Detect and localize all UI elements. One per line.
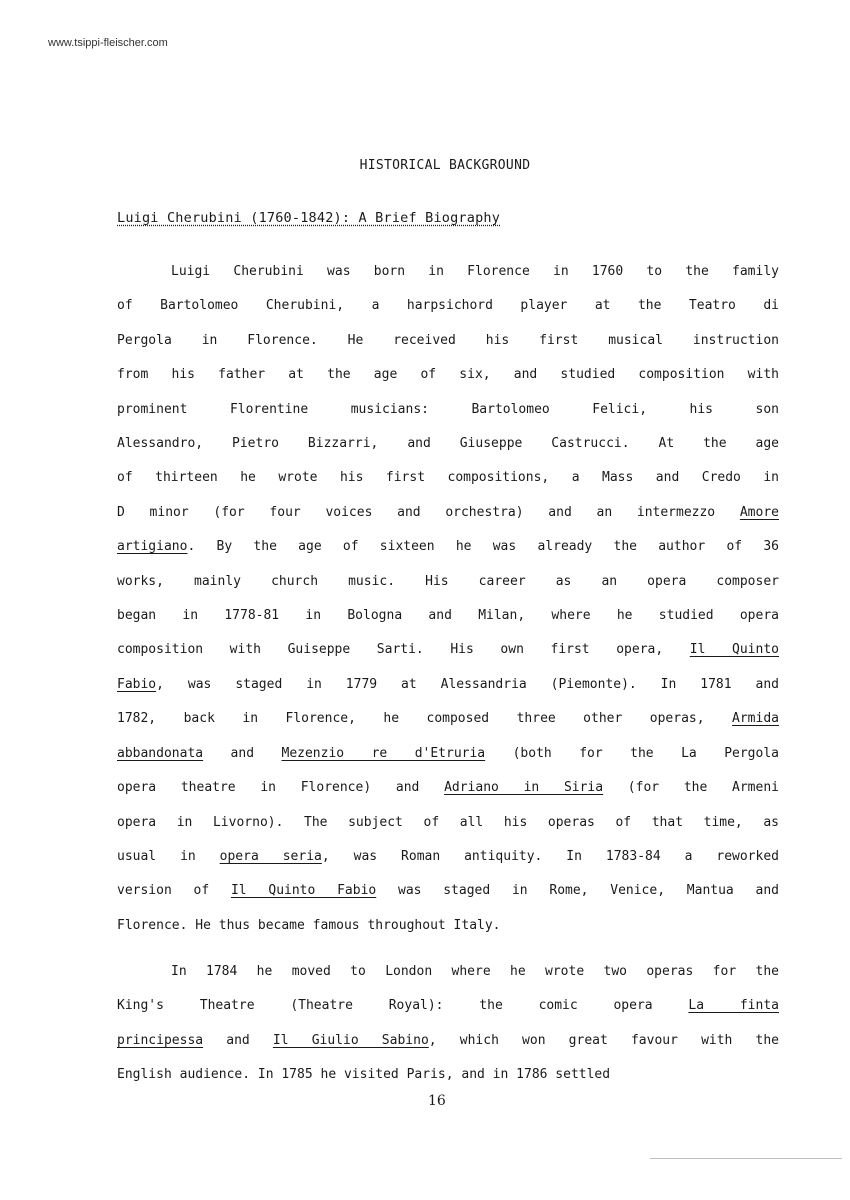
text-segment: (both for the La Pergola xyxy=(485,746,779,761)
underlined-title: principessa xyxy=(117,1033,203,1048)
text-line: English audience. In 1785 he visited Par… xyxy=(117,1058,779,1092)
text-segment: In 1784 he moved to London where he wrot… xyxy=(171,964,779,979)
text-line: usual in opera seria, was Roman antiquit… xyxy=(117,840,779,874)
text-line: D minor (for four voices and orchestra) … xyxy=(117,496,779,530)
text-line: King's Theatre (Theatre Royal): the comi… xyxy=(117,989,779,1023)
text-segment: 1782, back in Florence, he composed thre… xyxy=(117,711,732,726)
text-segment: Pergola in Florence. He received his fir… xyxy=(117,333,779,348)
text-line: Fabio, was staged in 1779 at Alessandria… xyxy=(117,668,779,702)
footer-rule xyxy=(650,1158,842,1159)
paragraph-early-life: Luigi Cherubini was born in Florence in … xyxy=(117,255,779,943)
text-segment: began in 1778-81 in Bologna and Milan, w… xyxy=(117,608,779,623)
text-segment: English audience. In 1785 he visited Par… xyxy=(117,1067,610,1082)
text-line: principessa and Il Giulio Sabino, which … xyxy=(117,1024,779,1058)
text-line: version of Il Quinto Fabio was staged in… xyxy=(117,874,779,908)
text-line: Luigi Cherubini was born in Florence in … xyxy=(117,255,779,289)
text-segment: , which won great favour with the xyxy=(429,1033,779,1048)
text-segment: Alessandro, Pietro Bizzarri, and Giusepp… xyxy=(117,436,779,451)
text-line: abbandonata and Mezenzio re d'Etruria (b… xyxy=(117,737,779,771)
text-line: began in 1778-81 in Bologna and Milan, w… xyxy=(117,599,779,633)
underlined-title: Il Quinto xyxy=(690,642,779,657)
text-line: artigiano. By the age of sixteen he was … xyxy=(117,530,779,564)
text-segment: from his father at the age of six, and s… xyxy=(117,367,779,382)
text-segment: prominent Florentine musicians: Bartolom… xyxy=(117,402,779,417)
text-segment: , was staged in 1779 at Alessandria (Pie… xyxy=(156,677,779,692)
text-segment: opera in Livorno). The subject of all hi… xyxy=(117,815,779,830)
text-segment: usual in xyxy=(117,849,220,864)
text-segment: works, mainly church music. His career a… xyxy=(117,574,779,589)
underlined-title: Il Quinto Fabio xyxy=(231,883,376,898)
paragraph-london: In 1784 he moved to London where he wrot… xyxy=(117,955,779,1093)
underlined-title: Armida xyxy=(732,711,779,726)
text-segment: King's Theatre (Theatre Royal): the comi… xyxy=(117,998,688,1013)
text-line: Florence. He thus became famous througho… xyxy=(117,909,779,943)
text-line: from his father at the age of six, and s… xyxy=(117,358,779,392)
text-segment: of Bartolomeo Cherubini, a harpsichord p… xyxy=(117,298,779,313)
text-segment: of thirteen he wrote his first compositi… xyxy=(117,470,779,485)
underlined-title: La finta xyxy=(688,998,779,1013)
text-segment: and xyxy=(203,746,281,761)
underlined-title: Adriano in Siria xyxy=(444,780,603,795)
text-segment: Luigi Cherubini was born in Florence in … xyxy=(171,264,779,279)
text-line: opera in Livorno). The subject of all hi… xyxy=(117,806,779,840)
underlined-title: Amore xyxy=(740,505,779,520)
underlined-title: artigiano xyxy=(117,539,187,554)
text-segment: . By the age of sixteen he was already t… xyxy=(187,539,779,554)
section-heading: HISTORICAL BACKGROUND xyxy=(0,158,850,173)
underlined-title: Il Giulio Sabino xyxy=(273,1033,429,1048)
text-line: of thirteen he wrote his first compositi… xyxy=(117,461,779,495)
watermark-url: www.tsippi-fleischer.com xyxy=(48,37,168,49)
page-number: 16 xyxy=(428,1093,446,1109)
text-segment: version of xyxy=(117,883,231,898)
text-line: opera theatre in Florence) and Adriano i… xyxy=(117,771,779,805)
text-segment: composition with Guiseppe Sarti. His own… xyxy=(117,642,690,657)
text-line: Pergola in Florence. He received his fir… xyxy=(117,324,779,358)
text-line: of Bartolomeo Cherubini, a harpsichord p… xyxy=(117,289,779,323)
underlined-title: Fabio xyxy=(117,677,156,692)
text-segment: Florence. He thus became famous througho… xyxy=(117,918,501,933)
text-segment: and xyxy=(203,1033,273,1048)
text-segment: , was Roman antiquity. In 1783-84 a rewo… xyxy=(322,849,779,864)
text-segment: (for the Armeni xyxy=(603,780,779,795)
text-line: composition with Guiseppe Sarti. His own… xyxy=(117,633,779,667)
underlined-title: opera seria xyxy=(220,849,322,864)
text-segment: opera theatre in Florence) and xyxy=(117,780,444,795)
underlined-title: Mezenzio re d'Etruria xyxy=(282,746,486,761)
text-line: works, mainly church music. His career a… xyxy=(117,565,779,599)
biography-subtitle: Luigi Cherubini (1760-1842): A Brief Bio… xyxy=(117,210,500,226)
text-line: In 1784 he moved to London where he wrot… xyxy=(117,955,779,989)
text-line: Alessandro, Pietro Bizzarri, and Giusepp… xyxy=(117,427,779,461)
text-segment: D minor (for four voices and orchestra) … xyxy=(117,505,740,520)
text-line: prominent Florentine musicians: Bartolom… xyxy=(117,393,779,427)
text-line: 1782, back in Florence, he composed thre… xyxy=(117,702,779,736)
text-segment: was staged in Rome, Venice, Mantua and xyxy=(376,883,779,898)
underlined-title: abbandonata xyxy=(117,746,203,761)
